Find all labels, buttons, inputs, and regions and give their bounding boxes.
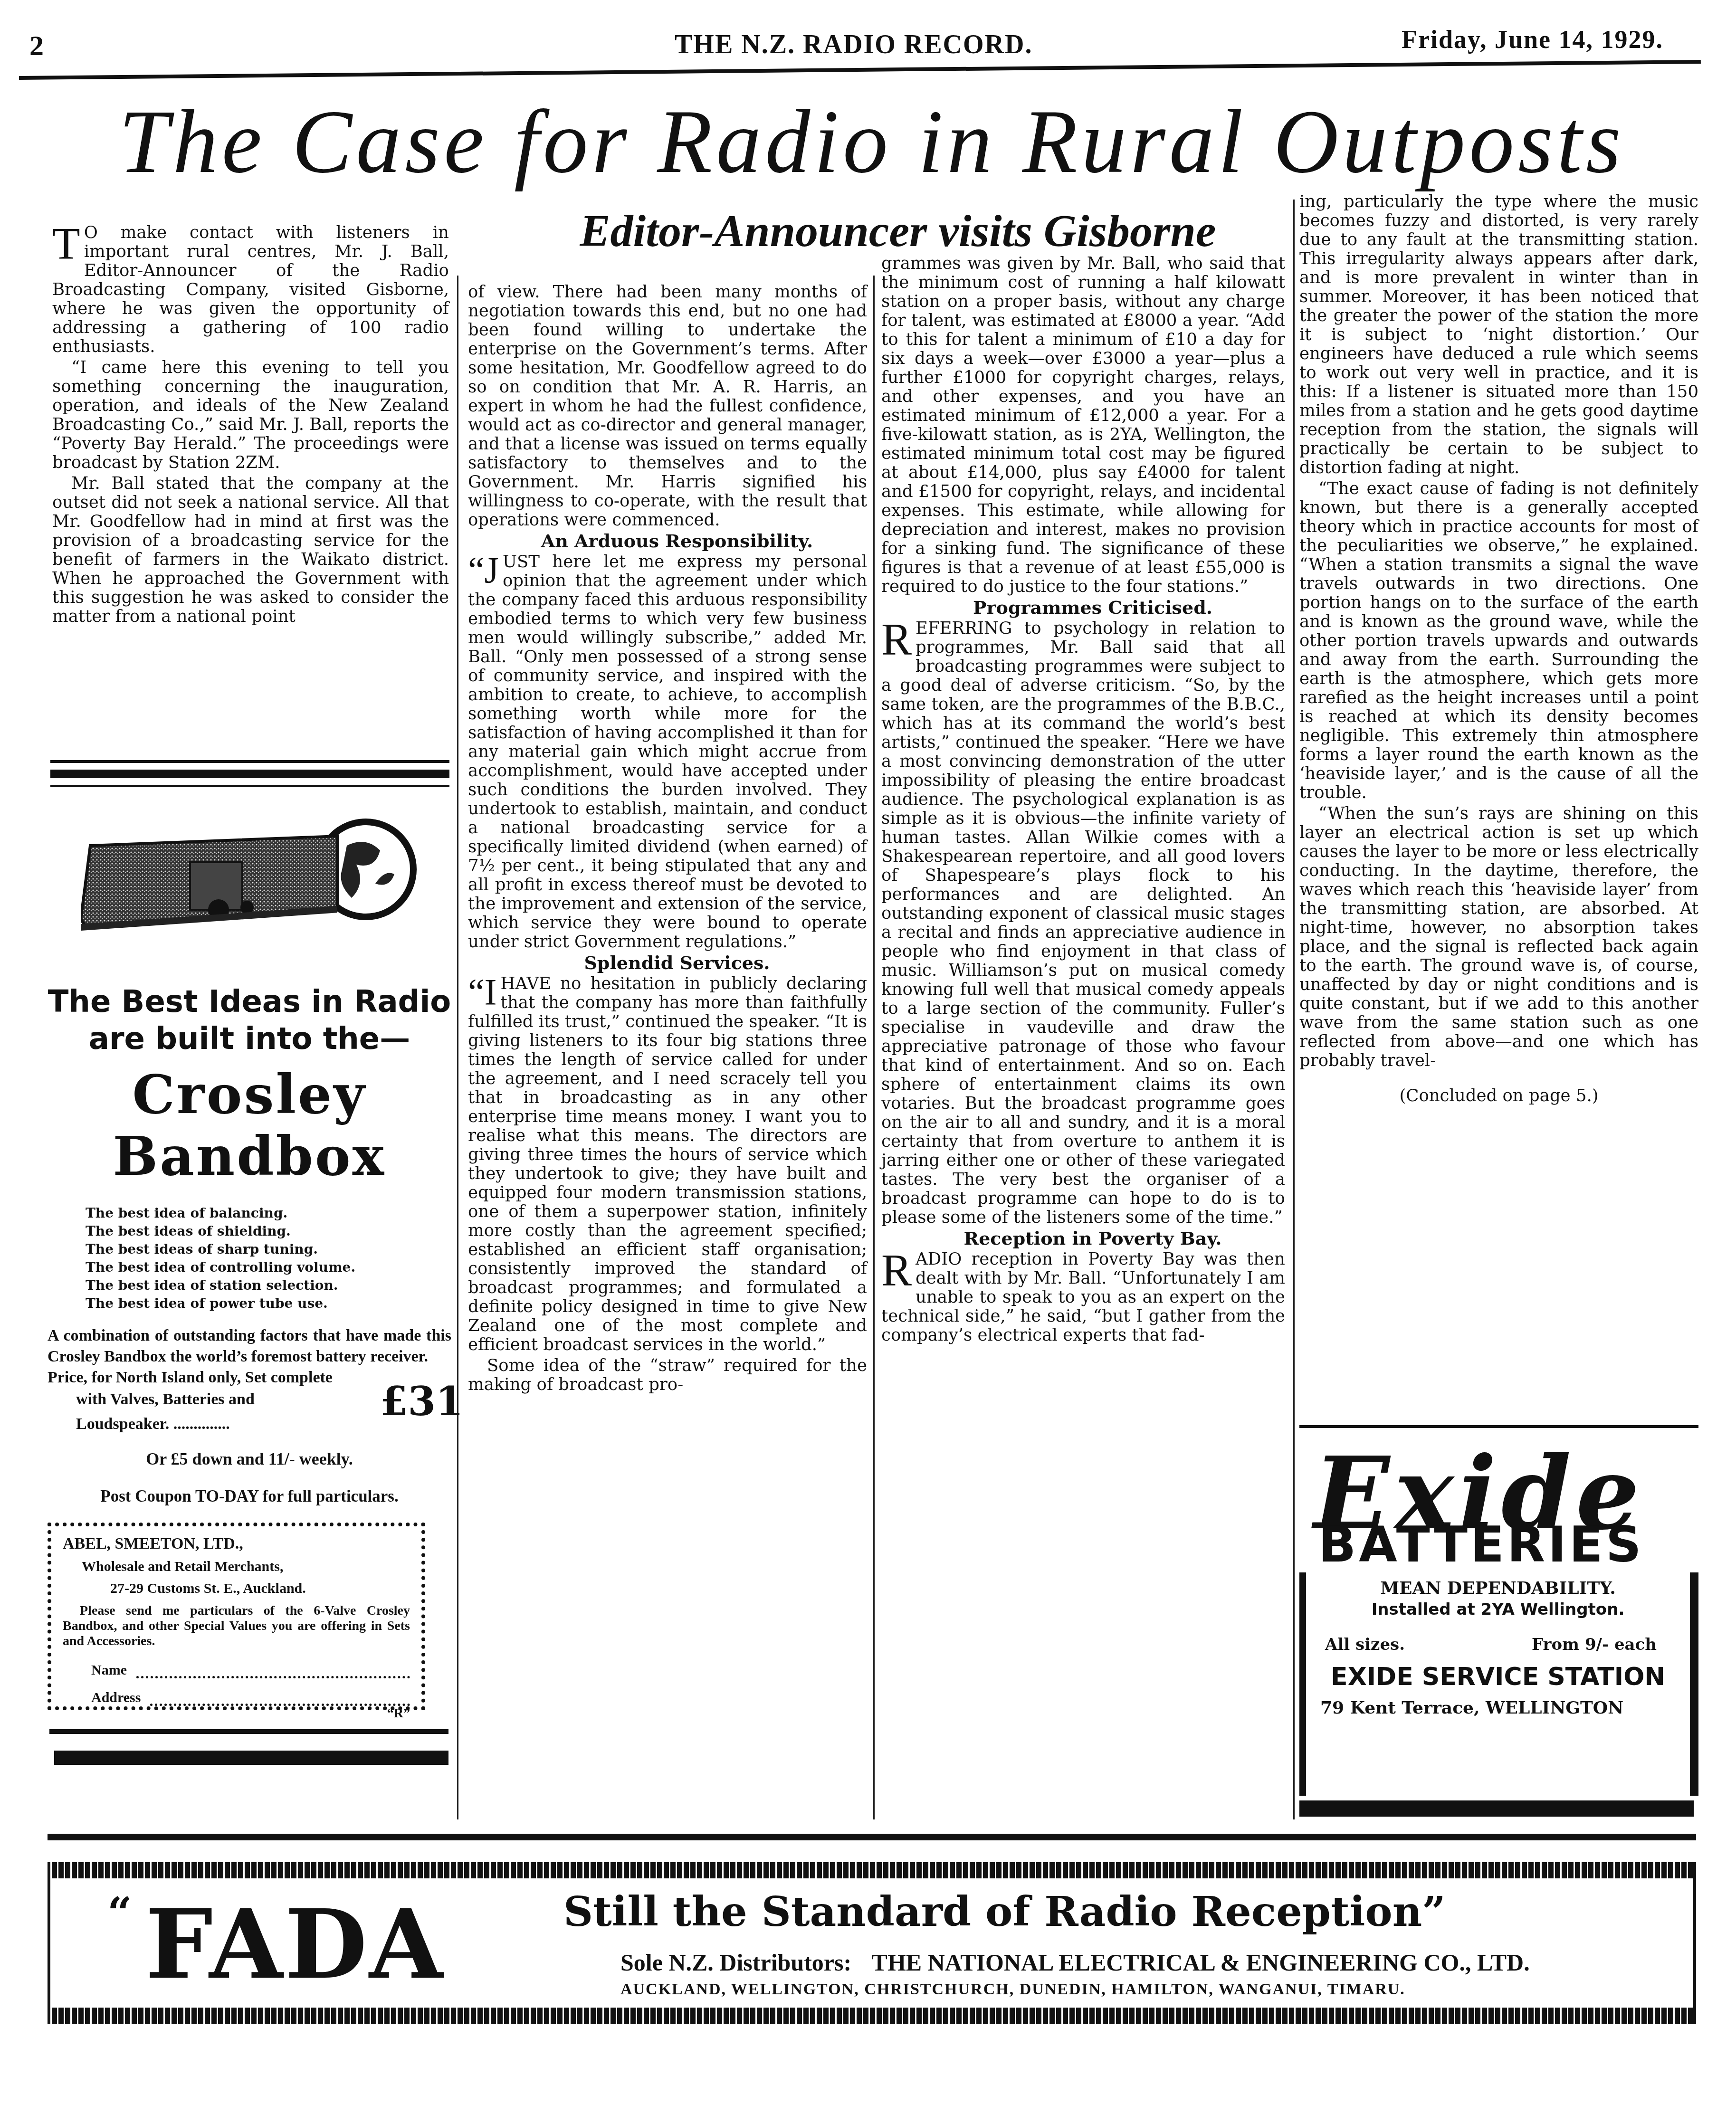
article-column-3: grammes was given by Mr. Ball, who said …	[881, 254, 1285, 1347]
ad-rule	[54, 1751, 448, 1765]
ad-rule	[50, 770, 449, 778]
fada-banner-ad: “ FADA Still the Standard of Radio Recep…	[48, 1862, 1696, 2024]
exide-address: 79 Kent Terrace, WELLINGTON	[1306, 1698, 1690, 1718]
divider-rule	[48, 1834, 1696, 1840]
section-heading: Splendid Services.	[468, 953, 867, 972]
ad-rule	[50, 760, 449, 763]
drop-cap: R	[881, 1252, 912, 1289]
exide-sizes-price: All sizes. From 9/- each	[1306, 1635, 1690, 1654]
paragraph: REFERRING to psychology in relation to p…	[881, 619, 1285, 1227]
feature-list: The best idea of balancing. The best ide…	[86, 1204, 418, 1313]
coupon-cta: Post Coupon TO-DAY for full particulars.	[48, 1487, 451, 1506]
exide-station: EXIDE SERVICE STATION	[1306, 1663, 1690, 1691]
feature-item: The best idea of power tube use.	[86, 1295, 418, 1313]
section-heading: An Arduous Responsibility.	[468, 532, 867, 551]
mail-coupon[interactable]: ABEL, SMEETON, LTD., Wholesale and Retai…	[48, 1523, 425, 1710]
page-number: 2	[29, 29, 45, 62]
column-divider	[457, 276, 458, 1819]
feature-item: The best idea of balancing.	[86, 1204, 418, 1222]
feature-item: The best ideas of sharp tuning.	[86, 1240, 418, 1258]
feature-item: The best idea of station selection.	[86, 1276, 418, 1295]
coupon-name-field[interactable]: Name	[91, 1662, 410, 1678]
exide-tagline: MEAN DEPENDABILITY.	[1306, 1578, 1690, 1598]
article-column-4: ing, particularly the type where the mus…	[1299, 192, 1698, 1107]
ad-brand: Crosley Bandbox	[48, 1064, 451, 1188]
paragraph: “The exact cause of fading is not defini…	[1299, 479, 1698, 802]
paragraph: of view. There had been many months of n…	[468, 283, 867, 530]
drop-cap: T	[52, 225, 80, 262]
paragraph: ing, particularly the type where the mus…	[1299, 192, 1698, 477]
fada-open-quote: “	[107, 1888, 132, 1938]
ad-rule	[50, 785, 449, 787]
exide-batteries-ad: Exide BATTERIES MEAN DEPENDABILITY. Inst…	[1299, 1425, 1698, 1819]
paragraph: “When the sun’s rays are shining on this…	[1299, 804, 1698, 1070]
section-heading: Programmes Criticised.	[881, 598, 1285, 617]
ad-rule	[1299, 1425, 1698, 1428]
ad-rule	[1299, 1800, 1694, 1817]
coupon-request: Please send me particulars of the 6-Valv…	[63, 1603, 410, 1649]
coupon-address: 27-29 Customs St. E., Auckland.	[110, 1581, 410, 1597]
paragraph: “I came here this evening to tell you so…	[52, 358, 449, 472]
paragraph: grammes was given by Mr. Ball, who said …	[881, 254, 1285, 596]
article-subtitle: Editor-Announcer visits Gisborne	[518, 204, 1278, 257]
paragraph: TO make contact with listeners in import…	[52, 223, 449, 356]
coupon-address-field[interactable]: Address	[91, 1690, 410, 1706]
drop-cap: R	[881, 621, 912, 658]
coupon-description: Wholesale and Retail Merchants,	[82, 1559, 410, 1575]
article-column-2: of view. There had been many months of n…	[468, 283, 867, 1396]
address-input-line[interactable]	[150, 1690, 410, 1706]
article-column-1: TO make contact with listeners in import…	[52, 223, 449, 628]
exide-product: BATTERIES	[1318, 1515, 1644, 1573]
paragraph: RADIO reception in Poverty Bay was then …	[881, 1250, 1285, 1345]
payment-terms: Or £5 down and 11/- weekly.	[48, 1449, 451, 1469]
paragraph: “JUST here let me express my personal op…	[468, 552, 867, 952]
name-input-line[interactable]	[136, 1662, 410, 1678]
crosley-bandbox-ad: The Best Ideas in Radio are built into t…	[48, 760, 451, 1767]
ad-headline: The Best Ideas in Radio are built into t…	[48, 983, 451, 1057]
banner-border-bottom	[50, 2008, 1693, 2024]
price-details: with Valves, Batteries and Loudspeaker. …	[76, 1387, 352, 1437]
exide-installed: Installed at 2YA Wellington.	[1306, 1600, 1690, 1619]
paragraph: “IHAVE no hesitation in publicly declari…	[468, 974, 867, 1354]
fada-cities: AUCKLAND, WELLINGTON, CHRISTCHURCH, DUNE…	[620, 1981, 1405, 1999]
section-heading: Reception in Poverty Bay.	[881, 1229, 1285, 1248]
coupon-code: “R”	[63, 1706, 410, 1721]
issue-date: Friday, June 14, 1929.	[1402, 25, 1663, 54]
continued-notice: (Concluded on page 5.)	[1299, 1086, 1698, 1105]
feature-item: The best ideas of shielding.	[86, 1222, 418, 1240]
drop-cap: “J	[468, 554, 499, 586]
column-divider	[1293, 200, 1295, 1819]
header-rule	[19, 60, 1701, 80]
article-title: The Case for Radio in Rural Outposts	[119, 90, 1687, 194]
drop-cap: “I	[468, 976, 497, 1008]
banner-border-top	[50, 1862, 1693, 1878]
exide-info-box: MEAN DEPENDABILITY. Installed at 2YA Wel…	[1299, 1572, 1698, 1796]
price: £31	[380, 1378, 463, 1425]
ad-rule	[49, 1729, 448, 1734]
radio-set-illustration	[81, 817, 442, 964]
paragraph: Mr. Ball stated that the company at the …	[52, 474, 449, 626]
fada-distributor: Sole N.Z. Distributors: THE NATIONAL ELE…	[620, 1949, 1530, 1976]
paragraph: Some idea of the “straw” required for th…	[468, 1356, 867, 1394]
coupon-company: ABEL, SMEETON, LTD.,	[63, 1535, 410, 1553]
column-divider	[873, 276, 875, 1819]
fada-brand: FADA	[145, 1897, 445, 1992]
feature-item: The best idea of controlling volume.	[86, 1258, 418, 1276]
publication-name: THE N.Z. RADIO RECORD.	[675, 29, 1032, 60]
fada-slogan: Still the Standard of Radio Reception”	[563, 1888, 1446, 1936]
